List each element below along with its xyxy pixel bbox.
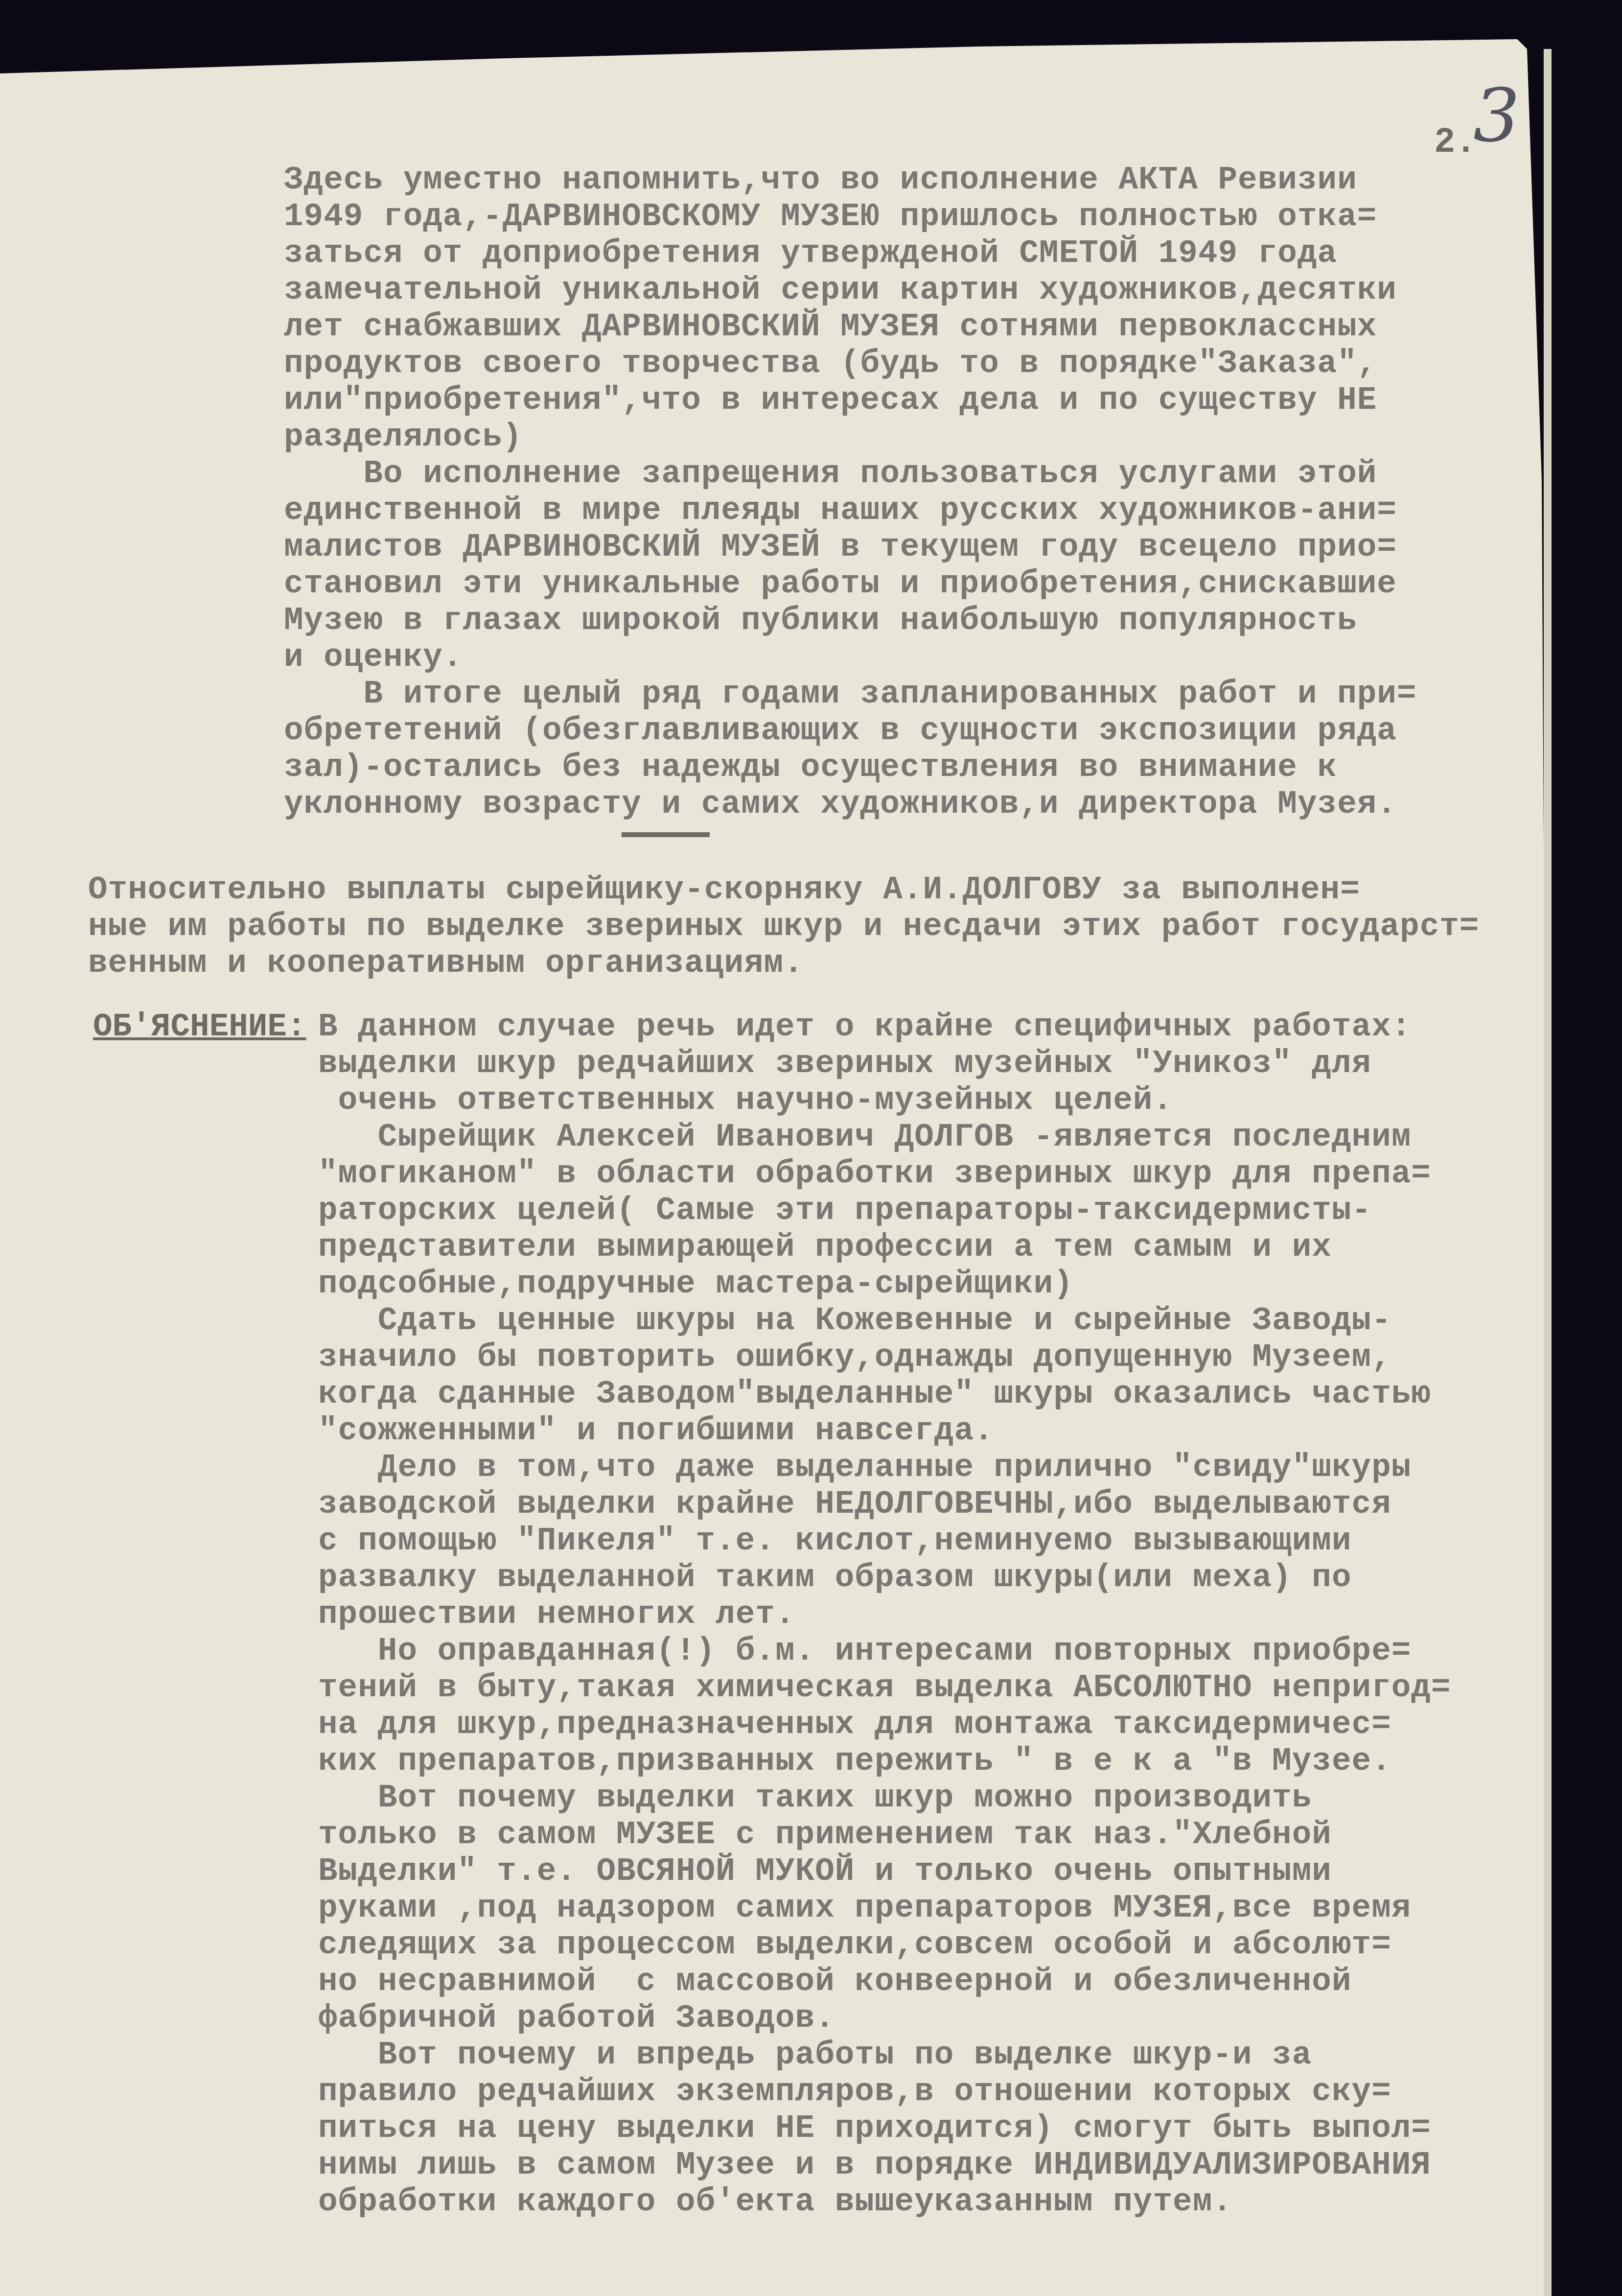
text-line: фабричной работой Заводов.	[318, 2000, 1451, 2037]
text-line: питься на цену выделки НЕ приходится) см…	[318, 2110, 1451, 2147]
text-line: Относительно выплаты сырейщику-скорняку …	[88, 871, 1479, 908]
text-line: с помощью "Пикеля" т.е. кислот,неминуемо…	[318, 1523, 1451, 1559]
text-line: ких препаратов,призванных пережить " в е…	[318, 1743, 1451, 1780]
text-line: когда сданные Заводом"выделанные" шкуры …	[318, 1376, 1451, 1412]
text-line: раторских целей( Самые эти препараторы-т…	[318, 1192, 1451, 1229]
text-line: заться от доприобретения утвержденой СМЕ…	[284, 235, 1417, 272]
text-line: нимы лишь в самом Музее и в порядке ИНДИ…	[318, 2147, 1451, 2183]
text-line: на для шкур,предназначенных для монтажа …	[318, 1706, 1451, 1743]
page-edge	[1544, 49, 1552, 2296]
text-line: заводской выделки крайне НЕДОЛГОВЕЧНЫ,иб…	[318, 1486, 1451, 1523]
text-line: малистов ДАРВИНОВСКИЙ МУЗЕЙ в текущем го…	[284, 529, 1417, 565]
text-line: "могиканом" в области обработки звериных…	[318, 1155, 1451, 1192]
text-line: лет снабжавших ДАРВИНОВСКИЙ МУЗЕЯ сотням…	[284, 308, 1417, 345]
text-line: Здесь уместно напомнить,что во исполнени…	[284, 162, 1417, 198]
text-line: Во исполнение запрещения пользоваться ус…	[284, 455, 1417, 492]
explanation-text: В данном случае речь идет о крайне специ…	[318, 1008, 1451, 2220]
text-line: уклонному возрасту и самих художников,и …	[284, 786, 1417, 822]
text-line: В данном случае речь идет о крайне специ…	[318, 1008, 1451, 1045]
text-line: Музею в глазах широкой публики наибольшу…	[284, 602, 1417, 639]
text-line: только в самом МУЗЕЕ с применением так н…	[318, 1816, 1451, 1853]
section-divider	[622, 832, 710, 837]
text-line: венным и кооперативным организациям.	[88, 945, 1479, 982]
explanation-label: ОБ'ЯСНЕНИЕ:	[93, 1008, 306, 1045]
text-line: или"приобретения",что в интересах дела и…	[284, 382, 1417, 419]
text-line: подсобные,подручные мастера-сырейщики)	[318, 1265, 1451, 1302]
text-line: Дело в том,что даже выделанные прилично …	[318, 1449, 1451, 1486]
text-line: зал)-остались без надежды осуществления …	[284, 749, 1417, 786]
text-line: ные им работы по выделке звериных шкур и…	[88, 908, 1479, 945]
text-line: тений в быту,такая химическая выделка АБ…	[318, 1669, 1451, 1706]
text-line: обрететений (обезглавливающих в сущности…	[284, 712, 1417, 749]
section-2-heading-text: Относительно выплаты сырейщику-скорняку …	[88, 871, 1479, 982]
text-line: правило редчайших экземпляров,в отношени…	[318, 2073, 1451, 2110]
page-number: 2.	[1434, 122, 1476, 163]
text-line: прошествии немногих лет.	[318, 1596, 1451, 1633]
text-line: разделялось)	[284, 419, 1417, 455]
text-line: В итоге целый ряд годами запланированных…	[284, 676, 1417, 712]
text-line: обработки каждого об'екта вышеуказанным …	[318, 2183, 1451, 2220]
text-line: выделки шкур редчайших звериных музейных…	[318, 1045, 1451, 1082]
handwritten-folio-number: 3	[1473, 73, 1520, 159]
text-line: замечательной уникальной серии картин ху…	[284, 272, 1417, 308]
text-line: представители вымирающей профессии а тем…	[318, 1229, 1451, 1265]
text-line: руками ,под надзором самих препараторов …	[318, 1890, 1451, 1926]
text-line: Выделки" т.е. ОВСЯНОЙ МУКОЙ и только оче…	[318, 1853, 1451, 1890]
text-line: очень ответственных научно-музейных целе…	[318, 1082, 1451, 1119]
text-line: но несравнимой с массовой конвеерной и о…	[318, 1963, 1451, 2000]
text-line: Вот почему выделки таких шкур можно прои…	[318, 1780, 1451, 1816]
text-line: Но оправданная(!) б.м. интересами повтор…	[318, 1633, 1451, 1669]
text-line: развалку выделанной таким образом шкуры(…	[318, 1559, 1451, 1596]
text-line: и оценку.	[284, 639, 1417, 676]
text-line: значило бы повторить ошибку,однажды допу…	[318, 1339, 1451, 1376]
text-line: единственной в мире плеяды наших русских…	[284, 492, 1417, 529]
text-line: Сдать ценные шкуры на Кожевенные и сырей…	[318, 1302, 1451, 1339]
text-line: продуктов своего творчества (будь то в п…	[284, 345, 1417, 382]
text-line: Вот почему и впредь работы по выделке шк…	[318, 2037, 1451, 2073]
text-line: становил эти уникальные работы и приобре…	[284, 565, 1417, 602]
text-line: 1949 года,-ДАРВИНОВСКОМУ МУЗЕЮ пришлось …	[284, 198, 1417, 235]
text-line: Сырейщик Алексей Иванович ДОЛГОВ -являет…	[318, 1119, 1451, 1155]
text-line: "сожженными" и погибшими навсегда.	[318, 1412, 1451, 1449]
section-1-text: Здесь уместно напомнить,что во исполнени…	[284, 162, 1417, 822]
text-line: следящих за процессом выделки,совсем осо…	[318, 1926, 1451, 1963]
